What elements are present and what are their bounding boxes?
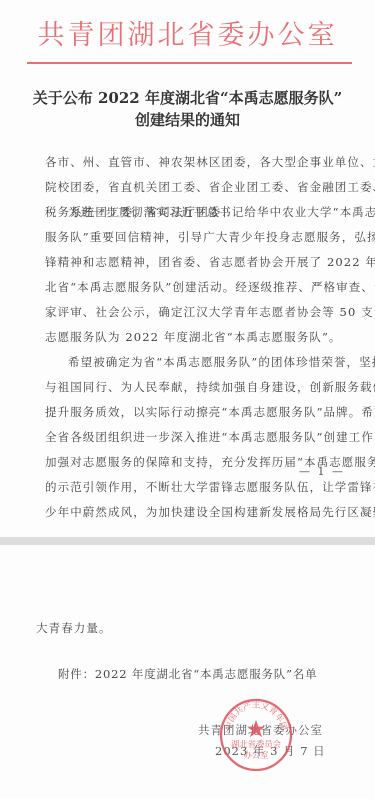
paragraph-line: 为进一步贯彻落实习近平总书记给华中农业大学“本禹志愿 (45, 200, 340, 225)
page-divider (0, 537, 375, 545)
paragraph-line: 希望被确定为省“本禹志愿服务队”的团体珍惜荣誉，坚持 (45, 350, 340, 375)
document-title-line-2: 创建结果的通知 (0, 109, 375, 131)
letterhead-red-rule (27, 62, 352, 64)
paragraph-continuation: 大青春力量。 (36, 620, 112, 636)
paragraph-line: 全省各级团组织进一步深入推进“本禹志愿服务队”创建工作， (45, 425, 340, 450)
attachment-note: 附件：2022 年度湖北省“本禹志愿服务队”名单 (58, 666, 317, 682)
salutation-line: 院校团委，省直机关团工委、省企业团工委、省金融团工委、省 (45, 175, 340, 200)
paragraph-line: 加强对志愿服务的保障和支持，充分发挥历届“本禹志愿服务队” (45, 450, 340, 475)
paragraph-line: 服务队”重要回信精神，引导广大青少年投身志愿服务，弘扬雷 (45, 225, 340, 250)
paragraph-line: 家评审、社会公示，确定江汉大学青年志愿者协会等 50 支青年 (45, 300, 340, 325)
signature-date: 2023 年 3 月 7 日 (215, 743, 326, 759)
signature-organization: 共青团湖北省委办公室 (198, 722, 323, 738)
paragraph-1: 为进一步贯彻落实习近平总书记给华中农业大学“本禹志愿 服务队”重要回信精神，引导… (45, 200, 340, 350)
document-title-line-1: 关于公布 2022 年度湖北省“本禹志愿服务队” (0, 87, 375, 109)
salutation-line: 各市、州、直管市、神农架林区团委，各大型企事业单位、大专 (45, 150, 340, 175)
paragraph-line: 志愿服务队为 2022 年度湖北省“本禹志愿服务队”。 (45, 325, 340, 350)
paragraph-line: 少年中蔚然成风，为加快建设全国构建新发展格局先行区凝聚强 (45, 500, 340, 525)
paragraph-line: 锋精神和志愿精神，团省委、省志愿者协会开展了 2022 年度湖 (45, 250, 340, 275)
page-number: — 1 — (299, 465, 345, 478)
document-title: 关于公布 2022 年度湖北省“本禹志愿服务队” 创建结果的通知 (0, 87, 375, 131)
paragraph-line: 与祖国同行、为人民奉献，持续加强自身建设，创新服务载体， (45, 375, 340, 400)
paragraph-line: 北省“本禹志愿服务队”创建活动。经逐级推荐、严格审查、专 (45, 275, 340, 300)
paragraph-2: 希望被确定为省“本禹志愿服务队”的团体珍惜荣誉，坚持 与祖国同行、为人民奉献，持… (45, 350, 340, 525)
paragraph-line: 的示范引领作用，不断壮大学雷锋志愿服务队伍，让学雷锋在青 (45, 475, 340, 500)
letterhead-title: 共青团湖北省委办公室 (0, 18, 375, 54)
paragraph-line: 提升服务质效，以实际行动擦亮“本禹志愿服务队”品牌。希望 (45, 400, 340, 425)
